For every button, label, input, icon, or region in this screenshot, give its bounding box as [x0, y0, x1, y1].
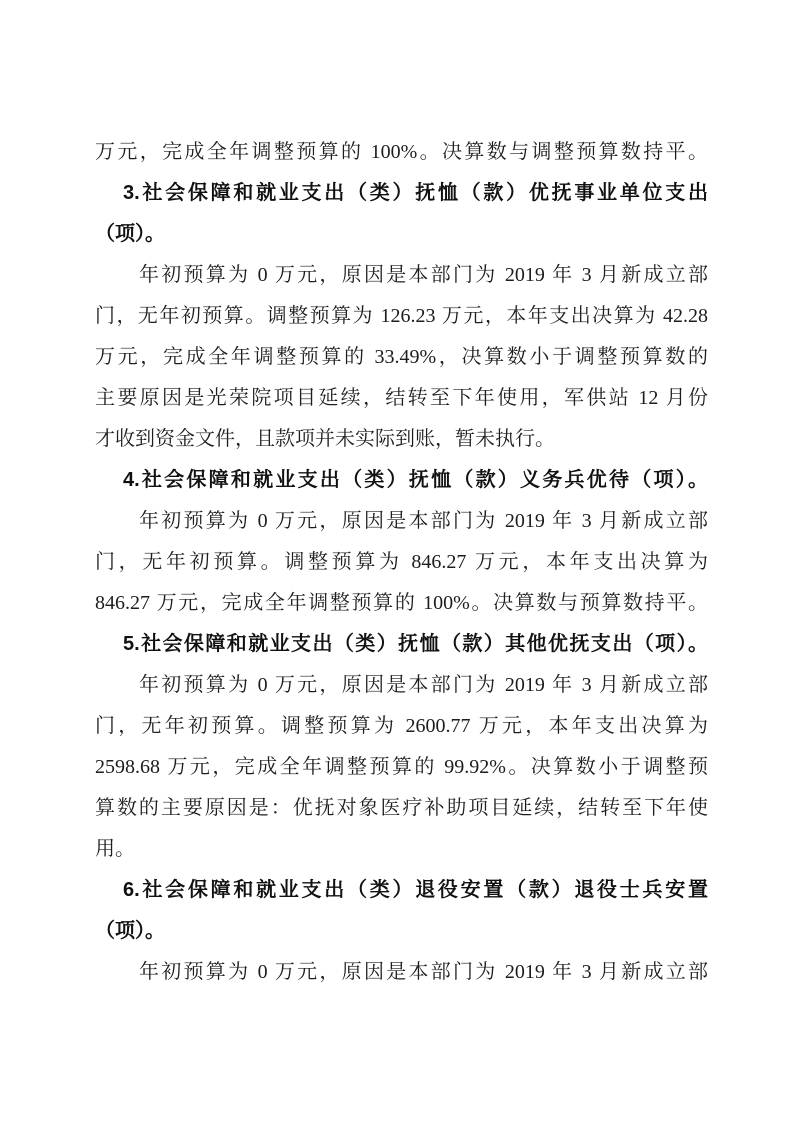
heading-line: 3.社会保障和就业支出（类）抚恤（款）优抚事业单位支出 — [95, 173, 708, 214]
body-line: 门，无年初预算。调整预算为 126.23 万元，本年支出决算为 42.28 — [95, 296, 708, 337]
heading-line: 5.社会保障和就业支出（类）抚恤（款）其他优抚支出（项）。 — [95, 624, 708, 665]
body-line: 年初预算为 0 万元，原因是本部门为 2019 年 3 月新成立部 — [95, 952, 708, 993]
body-line: 万元，完成全年调整预算的 33.49%，决算数小于调整预算数的 — [95, 337, 708, 378]
heading-line: （项）。 — [95, 911, 708, 952]
body-line: 846.27 万元，完成全年调整预算的 100%。决算数与预算数持平。 — [95, 583, 708, 624]
document-text-block: 万元，完成全年调整预算的 100%。决算数与调整预算数持平。 3.社会保障和就业… — [95, 132, 708, 993]
body-line: 主要原因是光荣院项目延续，结转至下年使用，军供站 12 月份 — [95, 378, 708, 419]
body-line: 门，无年初预算。调整预算为 2600.77 万元，本年支出决算为 — [95, 706, 708, 747]
heading-line: 6.社会保障和就业支出（类）退役安置（款）退役士兵安置 — [95, 870, 708, 911]
body-line: 万元，完成全年调整预算的 100%。决算数与调整预算数持平。 — [95, 132, 708, 173]
body-line: 年初预算为 0 万元，原因是本部门为 2019 年 3 月新成立部 — [95, 665, 708, 706]
heading-line: 4.社会保障和就业支出（类）抚恤（款）义务兵优待（项）。 — [95, 460, 708, 501]
body-line: 用。 — [95, 829, 708, 870]
body-line: 年初预算为 0 万元，原因是本部门为 2019 年 3 月新成立部 — [95, 255, 708, 296]
body-line: 才收到资金文件，且款项并未实际到账，暂未执行。 — [95, 419, 708, 460]
document-page: 万元，完成全年调整预算的 100%。决算数与调整预算数持平。 3.社会保障和就业… — [0, 0, 793, 1122]
body-line: 门，无年初预算。调整预算为 846.27 万元，本年支出决算为 — [95, 542, 708, 583]
body-line: 2598.68 万元，完成全年调整预算的 99.92%。决算数小于调整预 — [95, 747, 708, 788]
body-line: 年初预算为 0 万元，原因是本部门为 2019 年 3 月新成立部 — [95, 501, 708, 542]
heading-line: （项）。 — [95, 214, 708, 255]
body-line: 算数的主要原因是：优抚对象医疗补助项目延续，结转至下年使 — [95, 788, 708, 829]
